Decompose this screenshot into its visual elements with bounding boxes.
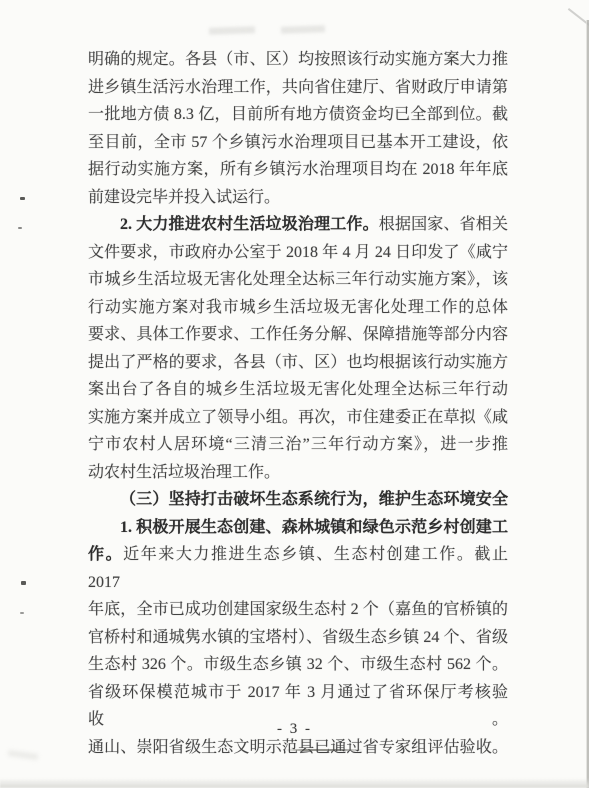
text-line: 案出台了各自的城乡生活垃圾无害化处理全达标三年行动 — [88, 376, 508, 404]
text-line: 作。近年来大力推进生态乡镇、生态村创建工作。截止 2017 — [88, 541, 508, 596]
text-segment: 一批地方债 8.3 亿，目前所有地方债资金均已全部到位。截 — [88, 106, 508, 123]
text-line: 年底，全市已成功创建国家级生态村 2 个（嘉鱼的官桥镇的 — [88, 596, 508, 624]
text-segment: 要求、具体工作要求、工作任务分解、保障措施等部分内容 — [88, 326, 508, 343]
text-line: 据行动实施方案，所有乡镇污水治理项目均在 2018 年年底 — [88, 156, 508, 184]
text-segment: 动农村生活垃圾治理工作。 — [88, 464, 280, 481]
text-segment-bold: 作。 — [88, 546, 123, 563]
text-line: 1. 积极开展生态创建、森林城镇和绿色示范乡村创建工 — [88, 514, 508, 542]
text-line: 生态村 326 个。市级生态乡镇 32 个、市级生态村 562 个。 — [88, 651, 508, 679]
text-line: 进乡镇生活污水治理工作，共向省住建厅、省财政厅申请第 — [88, 74, 508, 102]
text-line: 行动实施方案对我市城乡生活垃圾无害化处理工作的总体 — [88, 294, 508, 322]
text-segment: 据行动实施方案，所有乡镇污水治理项目均在 2018 年年底 — [88, 161, 508, 178]
text-segment: 实施方案并成立了领导小组。再次，市住建委正在草拟《咸 — [88, 409, 508, 426]
text-line: 宁市农村人居环境“三清三治”三年行动方案》，进一步推 — [88, 431, 508, 459]
scan-edge-bottom — [0, 778, 589, 788]
scan-smudge — [8, 750, 39, 760]
scan-speck — [18, 227, 22, 229]
text-segment: 提出了严格的要求，各县（市、区）也均根据该行动实施方 — [88, 354, 508, 371]
text-segment: 年底，全市已成功创建国家级生态村 2 个（嘉鱼的官桥镇的 — [88, 601, 508, 618]
text-line: 明确的规定。各县（市、区）均按照该行动实施方案大力推 — [88, 46, 508, 74]
text-segment: 近年来大力推进生态乡镇、生态村创建工作。截止 2017 — [88, 546, 508, 591]
scan-smudge — [281, 25, 325, 34]
text-segment: 至目前，全市 57 个乡镇污水治理项目已基本开工建设，依 — [88, 134, 508, 151]
text-line: 市城乡生活垃圾无害化处理全达标三年行动实施方案》，该 — [88, 266, 508, 294]
text-line: 至目前，全市 57 个乡镇污水治理项目已基本开工建设，依 — [88, 129, 508, 157]
text-line: 动农村生活垃圾治理工作。 — [88, 459, 508, 487]
text-segment: 市城乡生活垃圾无害化处理全达标三年行动实施方案》，该 — [88, 271, 508, 288]
text-segment: 生态村 326 个。市级生态乡镇 32 个、市级生态村 562 个。 — [88, 656, 508, 673]
text-line: 要求、具体工作要求、工作任务分解、保障措施等部分内容 — [88, 321, 508, 349]
text-line: 2. 大力推进农村生活垃圾治理工作。根据国家、省相关 — [88, 211, 508, 239]
scan-speck — [20, 197, 25, 200]
text-line: 文件要求，市政府办公室于 2018 年 4 月 24 日印发了《咸宁 — [88, 239, 508, 267]
scan-speck — [21, 581, 26, 585]
text-line: 实施方案并成立了领导小组。再次，市住建委正在草拟《咸 — [88, 404, 508, 432]
text-segment: 文件要求，市政府办公室于 2018 年 4 月 24 日印发了《咸宁 — [88, 244, 508, 261]
text-segment: 宁市农村人居环境“三清三治”三年行动方案》，进一步推 — [88, 436, 508, 453]
text-segment-bold: 2. 大力推进农村生活垃圾治理工作。 — [120, 216, 379, 233]
text-segment: 通山、崇阳省级生态文明示范县已通过省专家组评估验收。 — [88, 739, 508, 756]
text-segment: 明确的规定。各县（市、区）均按照该行动实施方案大力推 — [88, 51, 508, 68]
text-segment: 案出台了各自的城乡生活垃圾无害化处理全达标三年行动 — [88, 381, 508, 398]
text-segment: 前建设完毕并投入试运行。 — [88, 189, 280, 206]
text-segment-bold: 1. 积极开展生态创建、森林城镇和绿色示范乡村创建工 — [120, 519, 508, 536]
text-line: 一批地方债 8.3 亿，目前所有地方债资金均已全部到位。截 — [88, 101, 508, 129]
scan-edge-line — [586, 20, 587, 788]
text-line: 前建设完毕并投入试运行。 — [88, 184, 508, 212]
text-segment: 根据国家、省相关 — [379, 216, 508, 233]
scan-smudge — [209, 26, 255, 35]
scan-corner-mark — [568, 8, 589, 26]
text-line: 提出了严格的要求，各县（市、区）也均根据该行动实施方 — [88, 349, 508, 377]
text-line: （三）坚持打击破坏生态系统行为，维护生态环境安全 — [88, 486, 508, 514]
document-page: 明确的规定。各县（市、区）均按照该行动实施方案大力推进乡镇生活污水治理工作，共向… — [0, 0, 589, 788]
document-body-text: 明确的规定。各县（市、区）均按照该行动实施方案大力推进乡镇生活污水治理工作，共向… — [88, 46, 508, 761]
text-segment-bold: （三）坚持打击破坏生态系统行为，维护生态环境安全 — [120, 491, 508, 508]
text-line: 官桥村和通城隽水镇的宝塔村）、省级生态乡镇 24 个、省级 — [88, 624, 508, 652]
scan-speck — [20, 612, 24, 614]
text-segment: 行动实施方案对我市城乡生活垃圾无害化处理工作的总体 — [88, 299, 508, 316]
page-number: - 3 - — [0, 721, 589, 738]
text-segment: 官桥村和通城隽水镇的宝塔村）、省级生态乡镇 24 个、省级 — [88, 629, 508, 646]
text-segment: 进乡镇生活污水治理工作，共向省住建厅、省财政厅申请第 — [88, 79, 508, 96]
